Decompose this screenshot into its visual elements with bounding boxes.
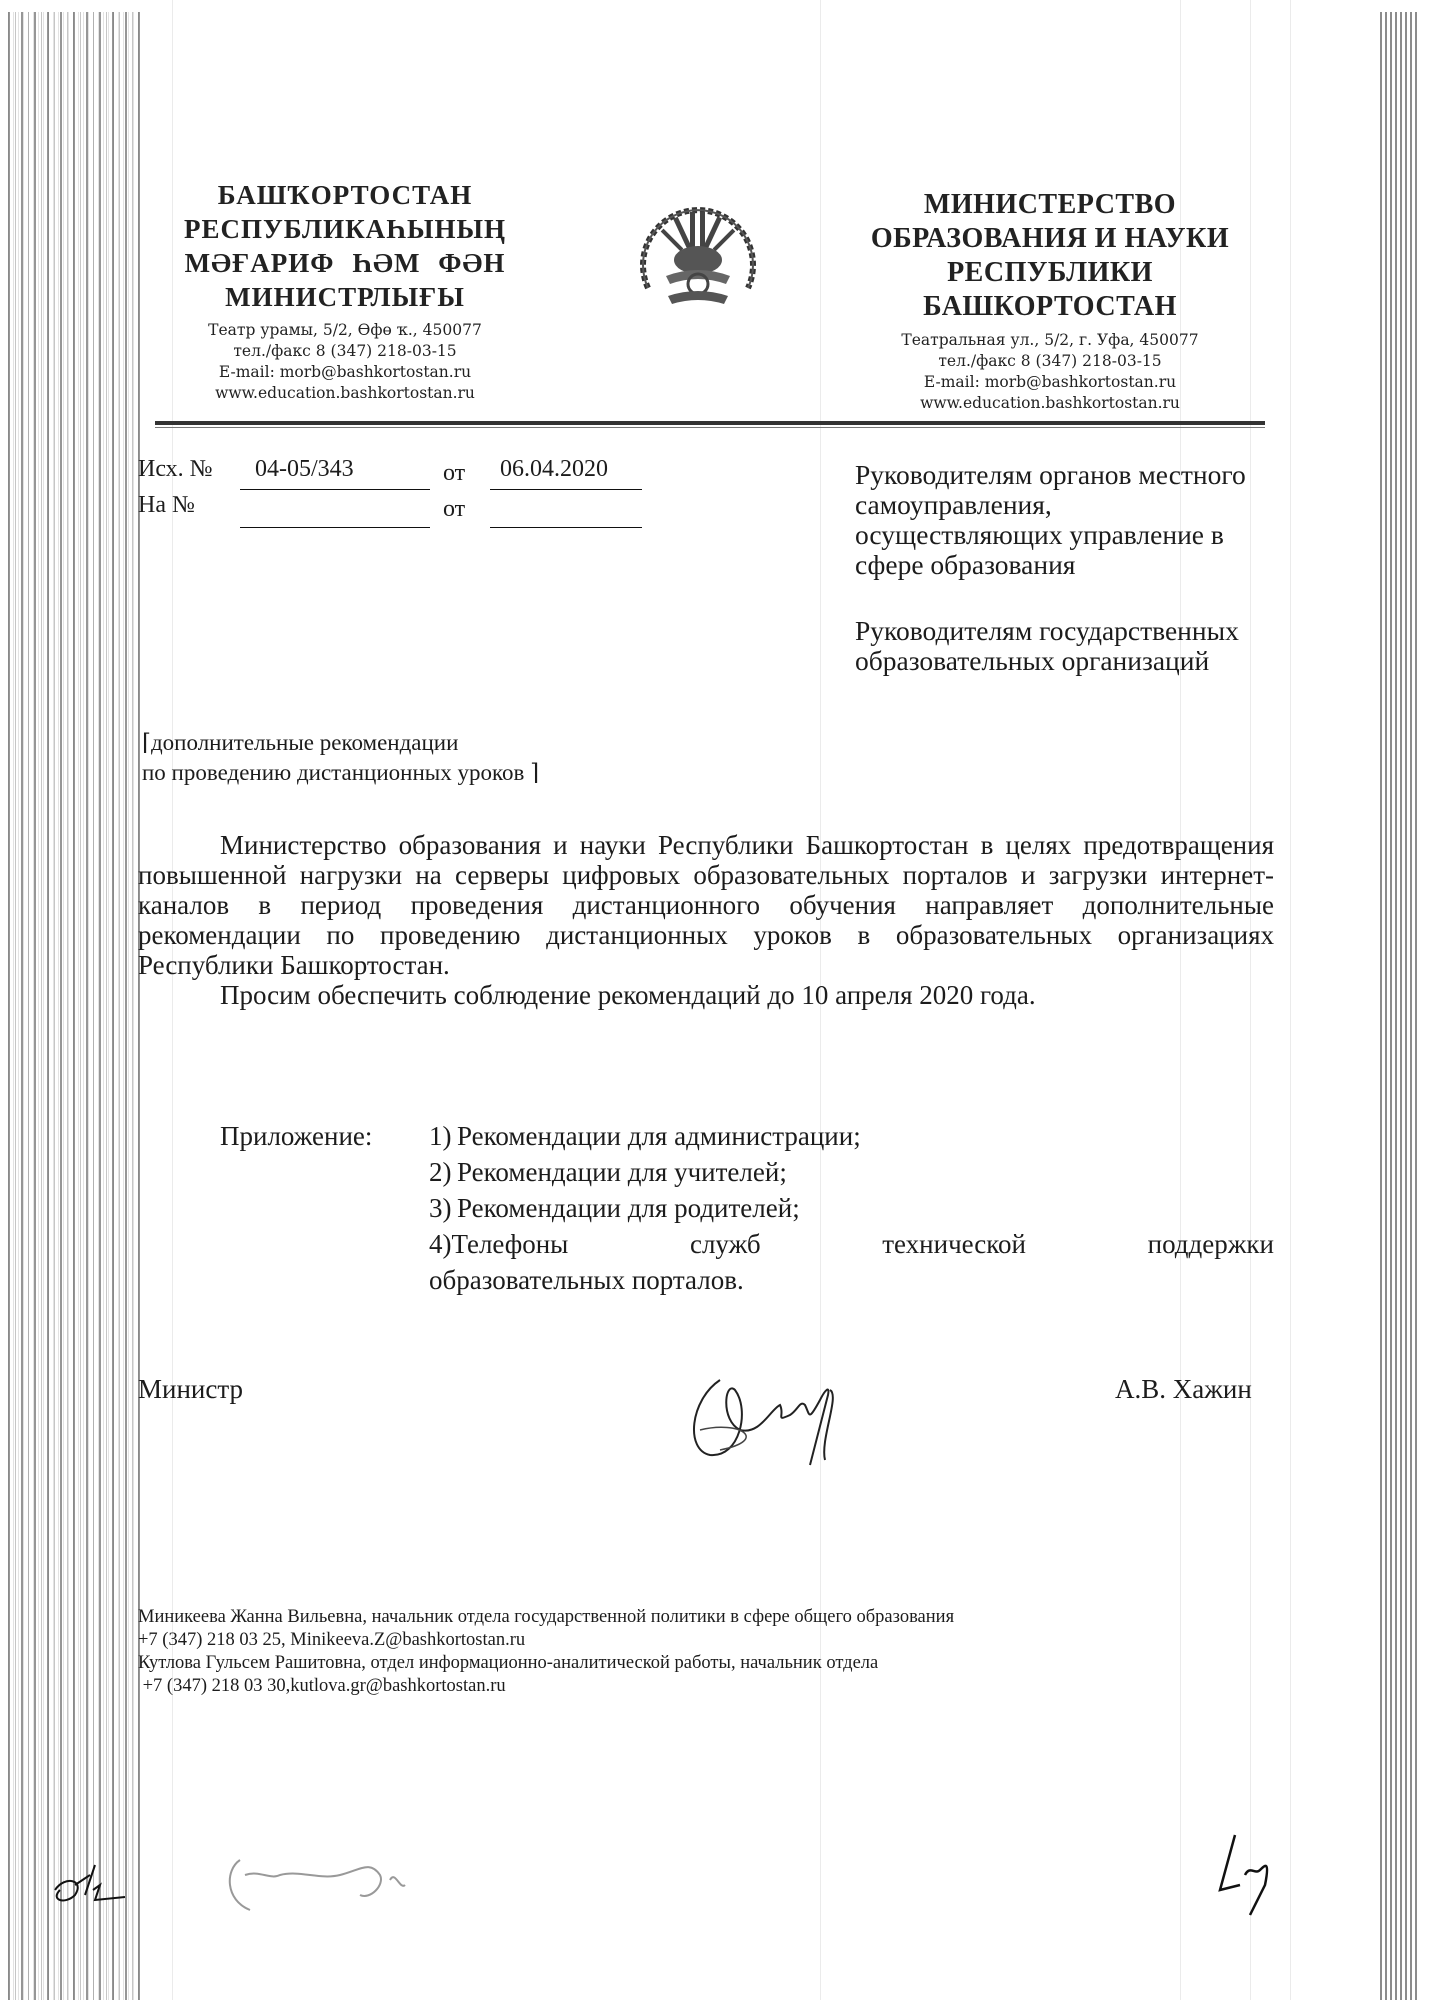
- subject-open-bracket: ⌈: [142, 730, 151, 755]
- attachment-item: 1) Рекомендации для администрации;: [429, 1118, 1274, 1154]
- letterhead-email: E-mail: morb@bashkortostan.ru: [860, 372, 1240, 393]
- letterhead-phone: тел./факс 8 (347) 218-03-15: [860, 351, 1240, 372]
- addressee-line: сфере образования: [855, 550, 1325, 580]
- letterhead-title-line: РЕСПУБЛИКАҺЫНЫҢ: [175, 212, 515, 246]
- letterhead-title-line: БАШКОРТОСТАН: [860, 290, 1240, 324]
- body-paragraph: Министерство образования и науки Республ…: [138, 830, 1274, 980]
- handwritten-signature-icon: [680, 1360, 880, 1470]
- addressee-block: Руководителям органов местного самоуправ…: [855, 460, 1325, 676]
- approval-initials-icon: [1210, 1830, 1290, 1920]
- letterhead-bashkir: БАШҠОРТОСТАН РЕСПУБЛИКАҺЫНЫҢ МӘҒАРИФ ҺӘМ…: [175, 178, 515, 404]
- subject-line: дополнительные рекомендации: [151, 730, 458, 755]
- contact-line: +7 (347) 218 03 30,kutlova.gr@bashkortos…: [138, 1675, 1238, 1698]
- addressee-line: самоуправления,: [855, 490, 1325, 520]
- addressee-line: Руководителям государственных: [855, 616, 1325, 646]
- letterhead-title-line: БАШҠОРТОСТАН: [175, 178, 515, 212]
- letter-body: Министерство образования и науки Республ…: [138, 830, 1274, 1010]
- addressee-line: образовательных организаций: [855, 646, 1325, 676]
- contact-persons: Миникеева Жанна Вильевна, начальник отде…: [138, 1606, 1238, 1698]
- addressee-line: Руководителям органов местного: [855, 460, 1325, 490]
- signatory-name: А.В. Хажин: [1115, 1374, 1252, 1405]
- letterhead-website: www.education.bashkortostan.ru: [175, 383, 515, 404]
- subject-close-bracket: ⌉: [530, 760, 539, 785]
- letterhead-address: Театральная ул., 5/2, г. Уфа, 450077: [860, 330, 1240, 351]
- scan-noise-left: [8, 12, 140, 2000]
- letterhead-email: E-mail: morb@bashkortostan.ru: [175, 362, 515, 383]
- subject-block: ⌈дополнительные рекомендации по проведен…: [142, 728, 539, 788]
- outgoing-number-underline: [240, 489, 430, 490]
- contact-line: +7 (347) 218 03 25, Minikeeva.Z@bashkort…: [138, 1629, 1238, 1652]
- attachment-item: 4)Телефоны служб технической поддержки: [429, 1226, 1274, 1262]
- attachments-label: Приложение:: [220, 1118, 372, 1154]
- incoming-date-underline: [490, 527, 642, 528]
- contact-line: Кутлова Гульсем Рашитовна, отдел информа…: [138, 1652, 1238, 1675]
- outgoing-number-label: Исх. №: [138, 456, 213, 483]
- incoming-date-label: от: [443, 496, 465, 523]
- attachments-list: 1) Рекомендации для администрации; 2) Ре…: [429, 1118, 1274, 1298]
- coat-of-arms-icon: [628, 188, 768, 318]
- contact-line: Миникеева Жанна Вильевна, начальник отде…: [138, 1606, 1238, 1629]
- outgoing-number-value: 04-05/343: [255, 456, 354, 483]
- initials-signature-icon: [45, 1855, 145, 1915]
- approval-signature-icon: [220, 1840, 480, 1920]
- outgoing-date-label: от: [443, 460, 465, 487]
- incoming-number-underline: [240, 527, 430, 528]
- letterhead-phone: тел./факс 8 (347) 218-03-15: [175, 341, 515, 362]
- scan-noise-right: [1380, 12, 1420, 2000]
- addressee-line: осуществляющих управление в: [855, 520, 1325, 550]
- subject-line: по проведению дистанционных уроков: [142, 760, 524, 785]
- letterhead-title-line: МӘҒАРИФ ҺӘМ ФӘН: [175, 246, 515, 280]
- letterhead-title-line: РЕСПУБЛИКИ: [860, 256, 1240, 290]
- letterhead-title-line: МИНИСТРЛЫҒЫ: [175, 280, 515, 314]
- letterhead-russian: МИНИСТЕРСТВО ОБРАЗОВАНИЯ И НАУКИ РЕСПУБЛ…: [860, 188, 1240, 414]
- body-paragraph: Просим обеспечить соблюдение рекомендаци…: [138, 980, 1274, 1010]
- letterhead-divider: [155, 421, 1265, 425]
- outgoing-date-underline: [490, 489, 642, 490]
- incoming-number-label: На №: [138, 492, 195, 519]
- attachment-item-continuation: образовательных порталов.: [429, 1262, 1274, 1298]
- letterhead-title-line: ОБРАЗОВАНИЯ И НАУКИ: [860, 222, 1240, 256]
- scan-line: [1290, 0, 1291, 2000]
- letterhead-title-line: МИНИСТЕРСТВО: [860, 188, 1240, 222]
- outgoing-date-value: 06.04.2020: [500, 456, 608, 483]
- attachment-item: 3) Рекомендации для родителей;: [429, 1190, 1274, 1226]
- letterhead-divider-thin: [155, 427, 1265, 428]
- attachment-item: 2) Рекомендации для учителей;: [429, 1154, 1274, 1190]
- letterhead-address: Театр урамы, 5/2, Өфө ҡ., 450077: [175, 320, 515, 341]
- signatory-position: Министр: [138, 1374, 243, 1405]
- letterhead-website: www.education.bashkortostan.ru: [860, 393, 1240, 414]
